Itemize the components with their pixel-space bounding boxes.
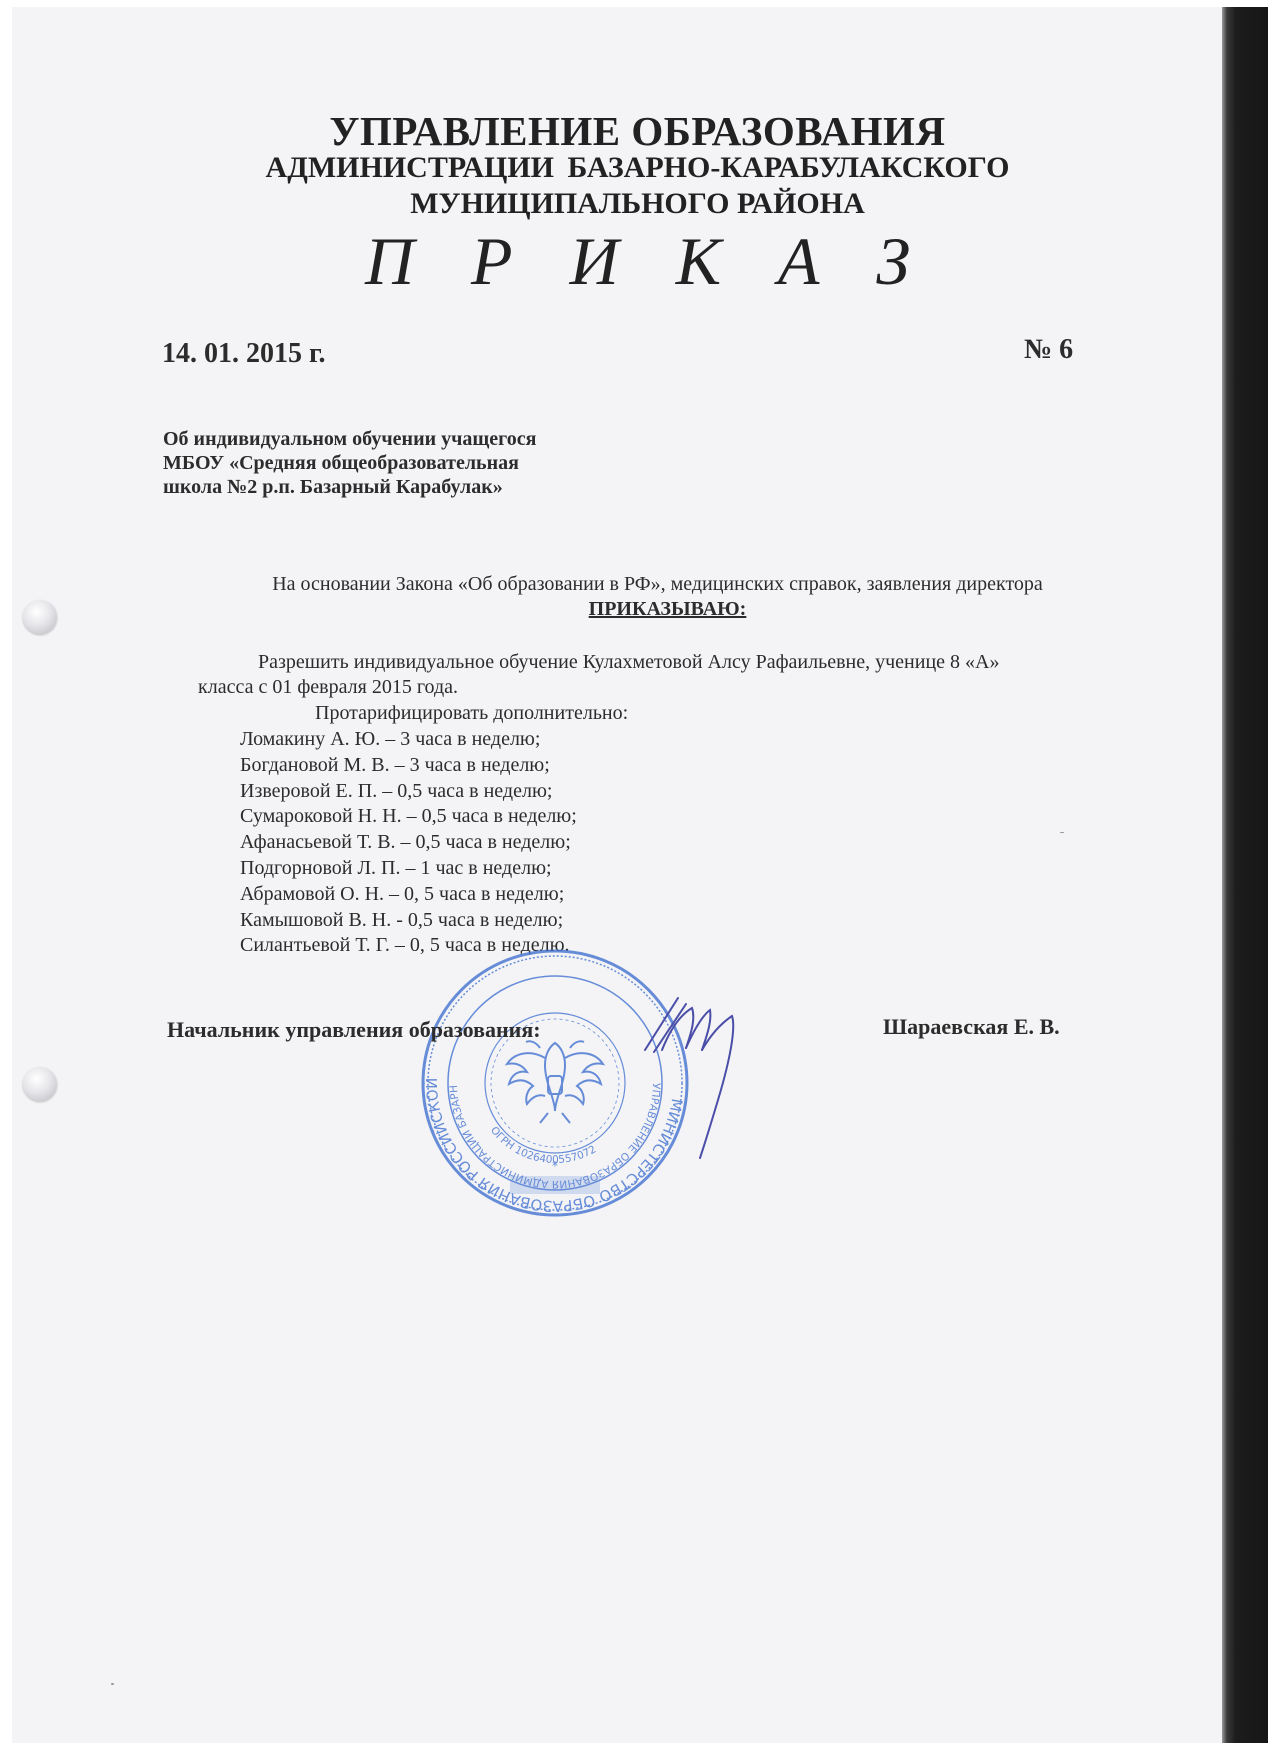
order-subject: Об индивидуальном обучении учащегося МБО… xyxy=(163,427,536,499)
list-item: Афанасьевой Т. В. – 0,5 часа в неделю; xyxy=(240,830,577,856)
subject-line: школа №2 р.п. Базарный Карабулак» xyxy=(163,475,536,499)
org-title-line2: АДМИНИСТРАЦИИ БАЗАРНО-КАРАБУЛАКСКОГО xyxy=(0,151,1275,185)
subject-line: МБОУ «Средняя общеобразовательная xyxy=(163,451,536,475)
paragraph-2: Протарифицировать дополнительно: xyxy=(315,702,628,725)
order-date: 14. 01. 2015 г. xyxy=(162,338,326,370)
subject-line: Об индивидуальном обучении учащегося xyxy=(163,427,536,451)
paragraph-1-line-1: Разрешить индивидуальное обучение Кулахм… xyxy=(258,651,999,674)
signatory-name: Шараевская Е. В. xyxy=(883,1014,1060,1040)
coat-of-arms-icon xyxy=(507,1041,603,1123)
order-number: № 6 xyxy=(1024,334,1073,366)
list-item: Камышовой В. Н. - 0,5 часа в неделю; xyxy=(240,908,577,934)
list-item: Изверовой Е. П. – 0,5 часа в неделю; xyxy=(240,779,577,805)
list-item: Богдановой М. В. – 3 часа в неделю; xyxy=(240,753,577,779)
svg-text:*: * xyxy=(552,1159,558,1173)
paragraph-1-line-2: класса с 01 февраля 2015 года. xyxy=(198,676,458,699)
list-item: Сумароковой Н. Н. – 0,5 часа в неделю; xyxy=(240,804,577,830)
handwritten-signature-icon xyxy=(640,990,750,1160)
signatory-title: Начальник управления образования: xyxy=(167,1017,541,1043)
list-item: Ломакину А. Ю. – 3 часа в неделю; xyxy=(240,727,577,753)
order-basis: На основании Закона «Об образовании в РФ… xyxy=(0,573,1275,596)
org-title-line3: МУНИЦИПАЛЬНОГО РАЙОНА xyxy=(0,187,1275,221)
document-type-title: П Р И К А З xyxy=(0,222,1275,301)
scan-speck xyxy=(111,1683,114,1685)
list-item: Подгорновой Л. П. – 1 час в неделю; xyxy=(240,856,577,882)
org-title-line1: УПРАВЛЕНИЕ ОБРАЗОВАНИЯ xyxy=(0,107,1275,155)
tariff-list: Ломакину А. Ю. – 3 часа в неделю; Богдан… xyxy=(240,727,577,959)
order-directive-word: ПРИКАЗЫВАЮ: xyxy=(0,598,1275,621)
list-item: Абрамовой О. Н. – 0, 5 часа в неделю; xyxy=(240,882,577,908)
punch-hole-icon xyxy=(23,1067,57,1101)
scan-speck xyxy=(1060,832,1064,833)
